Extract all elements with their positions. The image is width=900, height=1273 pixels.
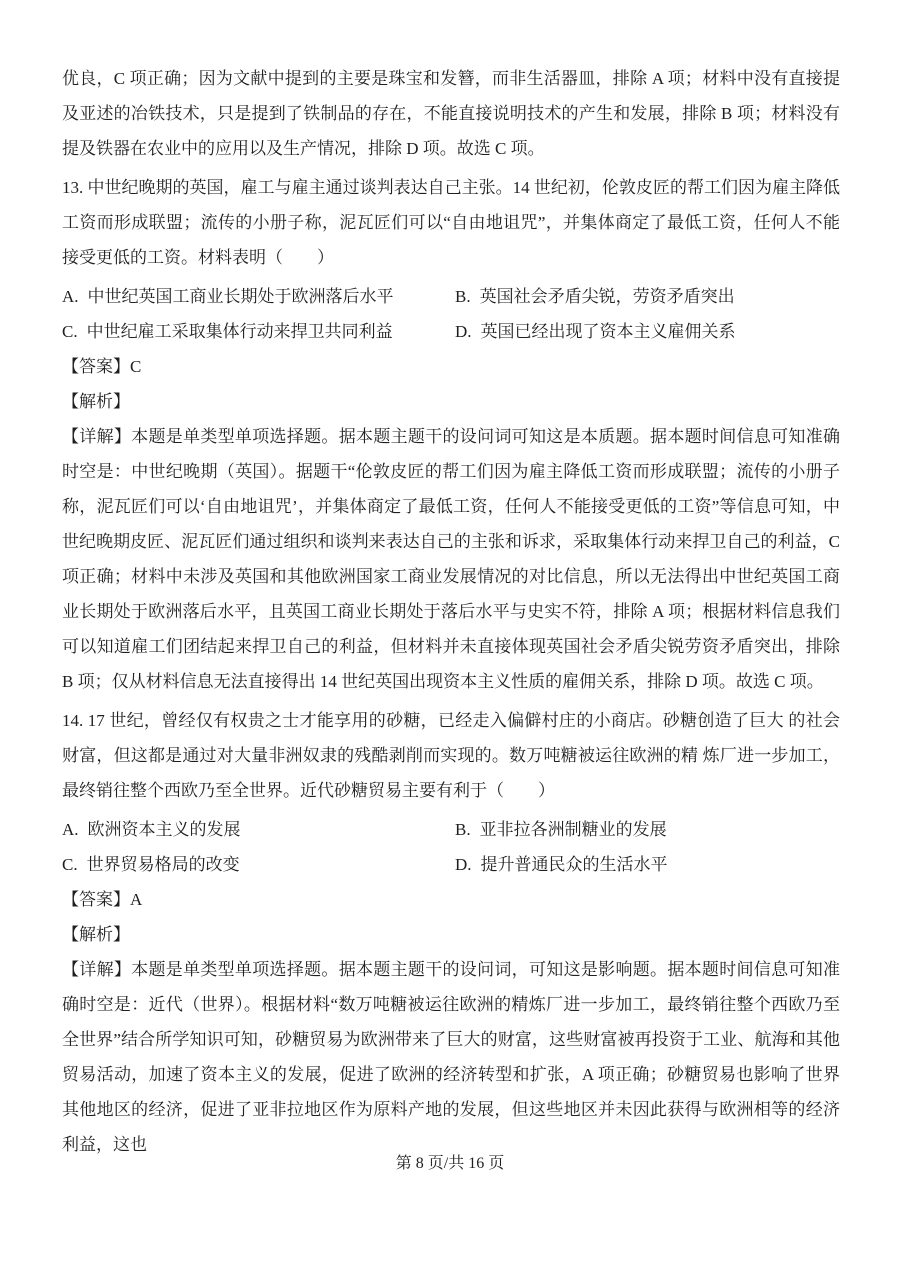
- option-label: A.: [62, 287, 79, 306]
- question-13-option-a: A.中世纪英国工商业长期处于欧洲落后水平: [62, 279, 455, 314]
- question-14-option-a: A.欧洲资本主义的发展: [62, 812, 455, 847]
- answer-value: C: [130, 357, 141, 376]
- question-13-stem: 13. 中世纪晚期的英国，雇工与雇主通过谈判表达自己主张。14 世纪初，伦敦皮匠…: [62, 170, 840, 275]
- question-13-explanation: 【详解】本题是单类型单项选择题。据本题主题干的设问词可知这是本质题。据本题时间信…: [62, 419, 840, 699]
- answer-value: A: [130, 890, 142, 909]
- question-13-answer-line: 【答案】C: [62, 349, 840, 384]
- document-page: 优良，C 项正确；因为文献中提到的主要是珠宝和发簪，而非生活器皿，排除 A 项；…: [0, 0, 900, 1273]
- option-label: B.: [455, 287, 471, 306]
- question-14-answer-line: 【答案】A: [62, 882, 840, 917]
- option-text: 英国已经出现了资本主义雇佣关系: [481, 322, 736, 341]
- question-13-options: A.中世纪英国工商业长期处于欧洲落后水平 B.英国社会矛盾尖锐，劳资矛盾突出 C…: [62, 279, 840, 349]
- question-14-option-b: B.亚非拉各洲制糖业的发展: [455, 812, 840, 847]
- explanation-continuation-q12: 优良，C 项正确；因为文献中提到的主要是珠宝和发簪，而非生活器皿，排除 A 项；…: [62, 61, 840, 166]
- question-14-stem: 14. 17 世纪，曾经仅有权贵之士才能享用的砂糖，已经走入偏僻村庄的小商店。砂…: [62, 703, 840, 808]
- option-label: C.: [62, 855, 78, 874]
- option-text: 英国社会矛盾尖锐，劳资矛盾突出: [480, 287, 735, 306]
- question-14-analysis-label: 【解析】: [62, 917, 840, 952]
- question-14-explanation: 【详解】本题是单类型单项选择题。据本题主题干的设问词，可知这是影响题。据本题时间…: [62, 952, 840, 1162]
- option-label: C.: [62, 322, 78, 341]
- option-text: 亚非拉各洲制糖业的发展: [480, 820, 667, 839]
- option-text: 中世纪英国工商业长期处于欧洲落后水平: [88, 287, 394, 306]
- option-label: B.: [455, 820, 471, 839]
- question-13-analysis-label: 【解析】: [62, 384, 840, 419]
- option-text: 提升普通民众的生活水平: [481, 855, 668, 874]
- question-14-option-c: C.世界贸易格局的改变: [62, 847, 455, 882]
- question-14-option-d: D.提升普通民众的生活水平: [455, 847, 840, 882]
- question-13-option-d: D.英国已经出现了资本主义雇佣关系: [455, 314, 840, 349]
- question-14-options: A.欧洲资本主义的发展 B.亚非拉各洲制糖业的发展 C.世界贸易格局的改变 D.…: [62, 812, 840, 882]
- option-text: 欧洲资本主义的发展: [88, 820, 241, 839]
- option-label: A.: [62, 820, 79, 839]
- option-text: 中世纪雇工采取集体行动来捍卫共同利益: [87, 322, 393, 341]
- question-13-option-b: B.英国社会矛盾尖锐，劳资矛盾突出: [455, 279, 840, 314]
- option-label: D.: [455, 855, 472, 874]
- answer-label: 【答案】: [62, 890, 130, 909]
- option-text: 世界贸易格局的改变: [87, 855, 240, 874]
- answer-label: 【答案】: [62, 357, 130, 376]
- option-label: D.: [455, 322, 472, 341]
- page-footer: 第 8 页/共 16 页: [0, 1146, 900, 1181]
- question-13-option-c: C.中世纪雇工采取集体行动来捍卫共同利益: [62, 314, 455, 349]
